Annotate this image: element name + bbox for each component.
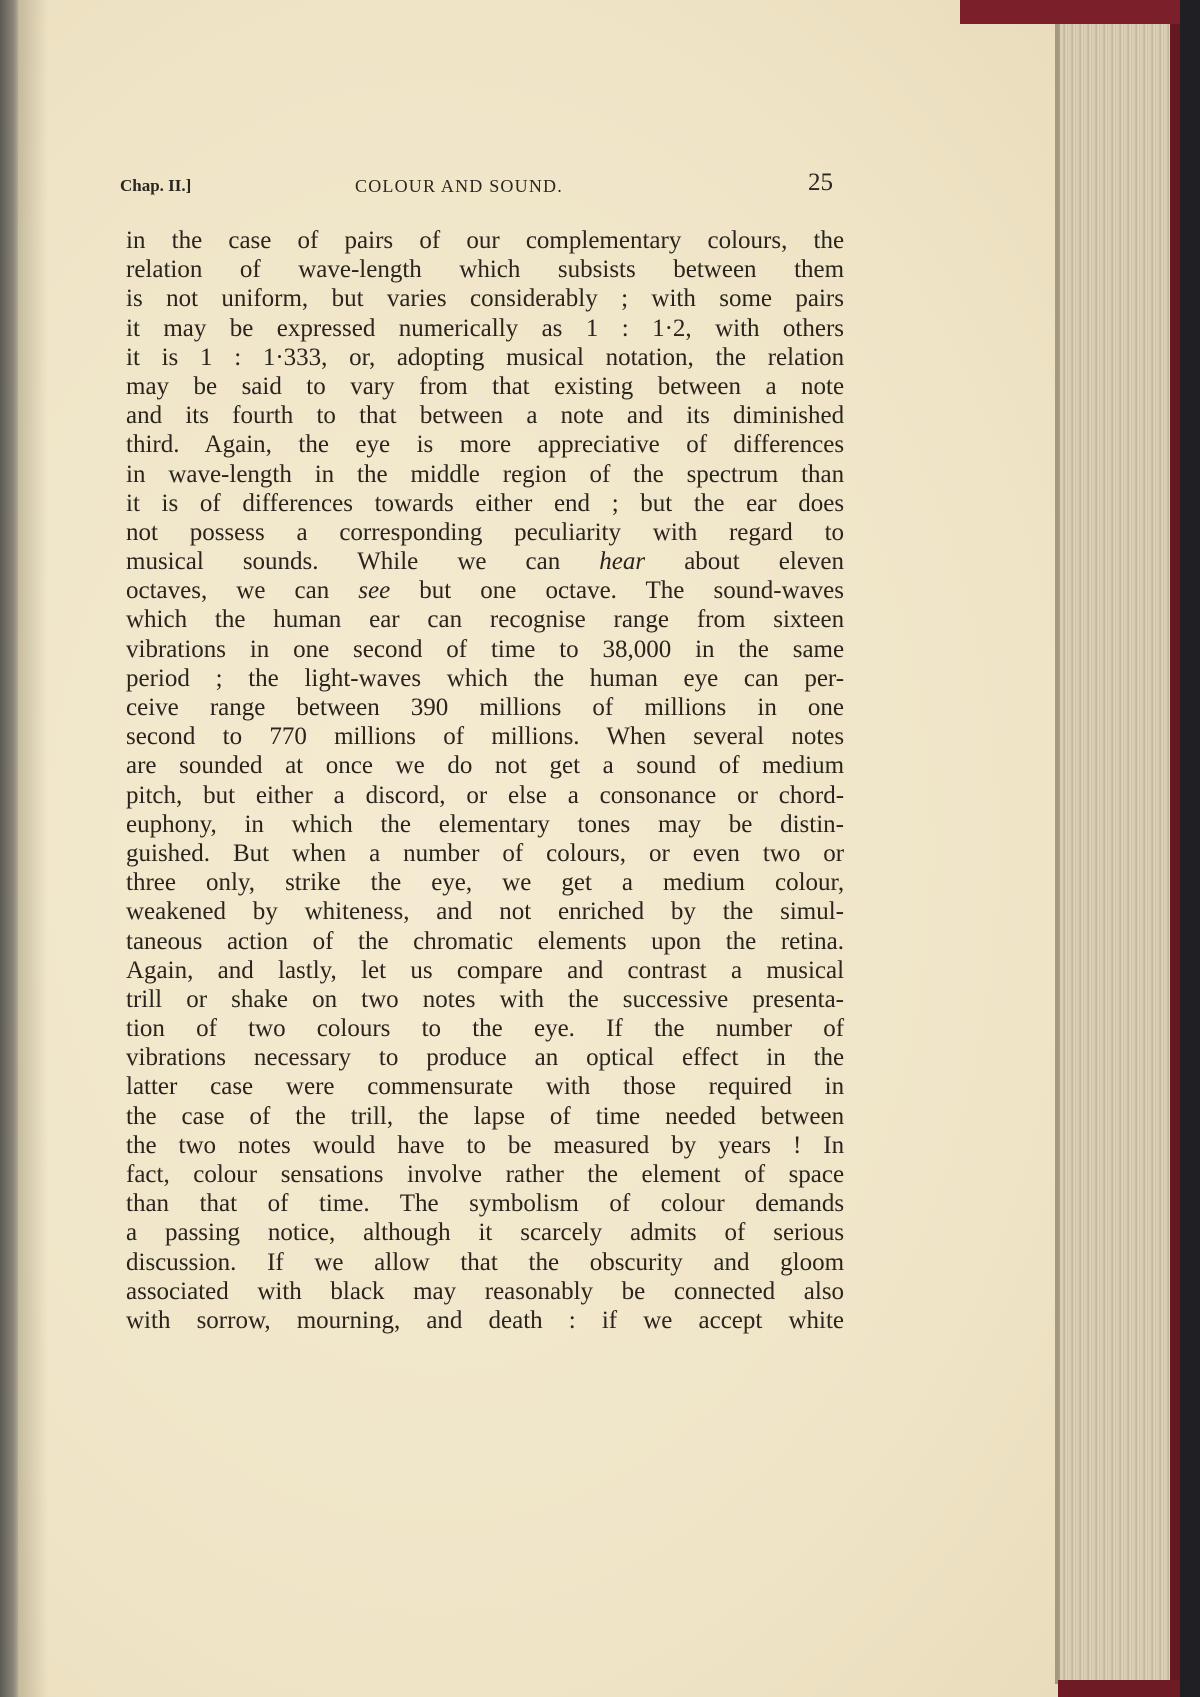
text-line: in the case of pairs of our complementar… [126,226,844,255]
text-line: associated with black may reasonably be … [126,1277,844,1306]
page-edge-line [1055,24,1059,1684]
text-line: the two notes would have to be measured … [126,1131,844,1160]
text-line: than that of time. The symbolism of colo… [126,1189,844,1218]
text-line: Again, and lastly, let us compare and co… [126,956,844,985]
chapter-label: Chap. II.] [120,176,191,196]
text-line: with sorrow, mourning, and death : if we… [126,1306,844,1335]
spine-shadow [18,0,48,1697]
text-line: not possess a corresponding peculiarity … [126,518,844,547]
text-line: ceive range between 390 millions of mill… [126,693,844,722]
text-line: it is of differences towards either end … [126,489,844,518]
text-line: musical sounds. While we can hear about … [126,547,844,576]
text-line: third. Again, the eye is more appreciati… [126,430,844,459]
text-line: are sounded at once we do not get a soun… [126,751,844,780]
text-line: a passing notice, although it scarcely a… [126,1218,844,1247]
text-line: and its fourth to that between a note an… [126,401,844,430]
text-line: guished. But when a number of colours, o… [126,839,844,868]
text-line: weakened by whiteness, and not enriched … [126,897,844,926]
chapter-title: COLOUR AND SOUND. [355,176,563,197]
text-line: pitch, but either a discord, or else a c… [126,781,844,810]
text-line: euphony, in which the elementary tones m… [126,810,844,839]
text-line: taneous action of the chromatic elements… [126,927,844,956]
text-line: latter case were commensurate with those… [126,1072,844,1101]
page-number: 25 [808,169,833,197]
text-line: in wave-length in the middle region of t… [126,460,844,489]
page-edges [1058,24,1170,1684]
text-line: relation of wave-length which subsists b… [126,255,844,284]
text-line: vibrations necessary to produce an optic… [126,1043,844,1072]
running-head: Chap. II.] COLOUR AND SOUND. 25 [120,172,840,202]
text-line: period ; the light-waves which the human… [126,664,844,693]
text-line: three only, strike the eye, we get a med… [126,868,844,897]
background-edge [1180,0,1200,1697]
text-line: the case of the trill, the lapse of time… [126,1102,844,1131]
text-line: which the human ear can recognise range … [126,605,844,634]
text-line: it may be expressed numerically as 1 : 1… [126,314,844,343]
text-line: tion of two colours to the eye. If the n… [126,1014,844,1043]
text-line: octaves, we can see but one octave. The … [126,576,844,605]
text-line: may be said to vary from that existing b… [126,372,844,401]
text-line: trill or shake on two notes with the suc… [126,985,844,1014]
text-line: fact, colour sensations involve rather t… [126,1160,844,1189]
text-line: second to 770 millions of millions. When… [126,722,844,751]
text-line: vibrations in one second of time to 38,0… [126,635,844,664]
text-line: it is 1 : 1·333, or, adopting musical no… [126,343,844,372]
book-cover-top [960,0,1200,24]
body-text: in the case of pairs of our complementar… [126,226,844,1335]
text-line: is not uniform, but varies considerably … [126,284,844,313]
book-cover-bottom [1058,1680,1200,1697]
text-line: discussion. If we allow that the obscuri… [126,1248,844,1277]
